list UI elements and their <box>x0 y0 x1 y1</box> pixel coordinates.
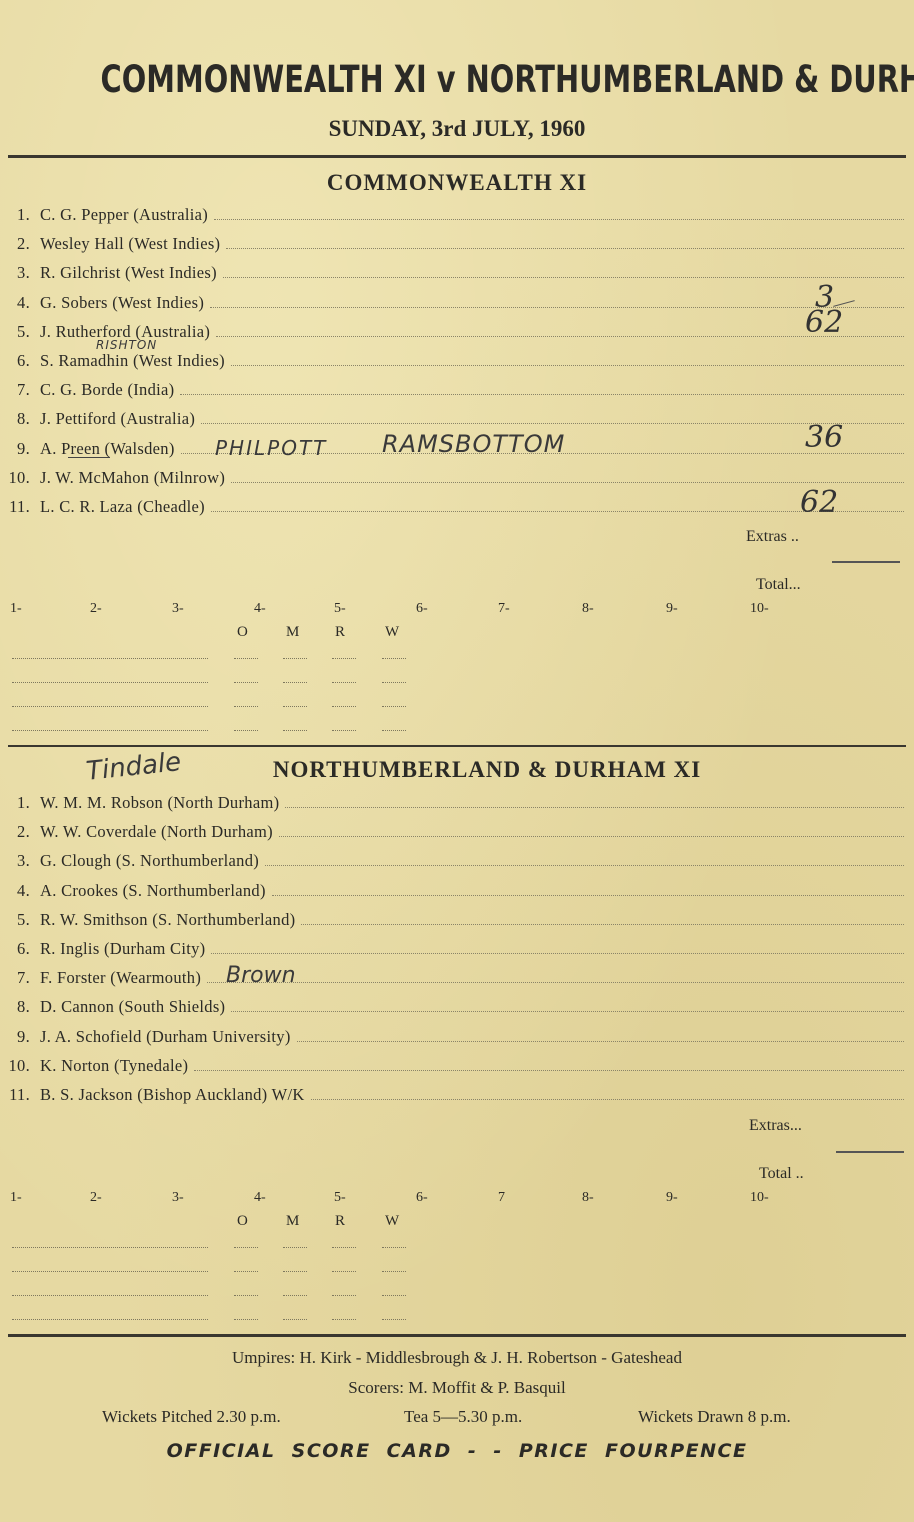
score-line <box>194 1070 904 1071</box>
player-row: 6.R. Inglis (Durham City) <box>0 939 904 968</box>
team1-total-label: Total... <box>756 576 801 594</box>
team1-extras-label: Extras .. <box>746 528 799 546</box>
bowling-figure-line <box>234 1271 258 1272</box>
fall-of-wicket-4: 4- <box>254 1190 266 1206</box>
fall-of-wicket-9: 9- <box>666 1190 678 1206</box>
player-row: 6.S. Ramadhin (West Indies) <box>0 351 904 380</box>
underline-preen <box>68 457 110 458</box>
player-row: 5.R. W. Smithson (S. Northumberland) <box>0 910 904 939</box>
player-row: 11.B. S. Jackson (Bishop Auckland) W/K <box>0 1085 904 1114</box>
player-row: 7.F. Forster (Wearmouth) <box>0 968 904 997</box>
player-name: C. G. Borde (India) <box>40 380 180 400</box>
player-row: 4.A. Crookes (S. Northumberland) <box>0 881 904 910</box>
fall-of-wicket-3: 3- <box>172 1190 184 1206</box>
score-rutherford: 62 <box>805 305 843 340</box>
player-row: 4.G. Sobers (West Indies) <box>0 293 904 322</box>
bowling-figure-line <box>283 1271 307 1272</box>
fall-of-wicket-2: 2- <box>90 601 102 617</box>
bowling-figure-line <box>382 682 406 683</box>
score-line <box>207 982 904 983</box>
fall-of-wicket-4: 4- <box>254 601 266 617</box>
batting-position: 2. <box>0 234 40 254</box>
bowling-header-m: M <box>286 1213 299 1230</box>
bowling-figure-line <box>332 706 356 707</box>
fall-of-wicket-10: 10- <box>750 601 769 617</box>
player-row: 2.W. W. Coverdale (North Durham) <box>0 822 904 851</box>
handwritten-ramsbottom: RAMSBOTTOM <box>382 430 565 458</box>
fall-of-wicket-1: 1- <box>10 601 22 617</box>
bowling-figure-line <box>234 1295 258 1296</box>
batting-position: 1. <box>0 793 40 813</box>
match-date: SUNDAY, 3rd JULY, 1960 <box>0 116 914 142</box>
player-name: R. W. Smithson (S. Northumberland) <box>40 910 301 930</box>
score-line <box>211 953 904 954</box>
team2-extras-rule <box>836 1151 904 1153</box>
player-name: W. M. M. Robson (North Durham) <box>40 793 285 813</box>
fall-of-wicket-1: 1- <box>10 1190 22 1206</box>
player-row: 1.W. M. M. Robson (North Durham) <box>0 793 904 822</box>
bowling-figure-line <box>332 658 356 659</box>
bowling-header-o: O <box>237 1213 248 1230</box>
bowling-figure-line <box>234 1247 258 1248</box>
player-name: J. Pettiford (Australia) <box>40 409 201 429</box>
player-row: 10.J. W. McMahon (Milnrow) <box>0 468 904 497</box>
bowling-figure-line <box>283 682 307 683</box>
bowling-figure-line <box>382 1319 406 1320</box>
batting-position: 4. <box>0 293 40 313</box>
batting-position: 4. <box>0 881 40 901</box>
score-line <box>180 394 904 395</box>
fall-of-wicket-3: 3- <box>172 601 184 617</box>
score-line <box>216 336 904 337</box>
bowler-name-line <box>12 730 208 731</box>
player-name: S. Ramadhin (West Indies) <box>40 351 231 371</box>
bowling-figure-line <box>332 1271 356 1272</box>
batting-position: 10. <box>0 468 40 488</box>
fall-of-wicket-6: 6- <box>416 601 428 617</box>
player-name: A. Crookes (S. Northumberland) <box>40 881 272 901</box>
batting-position: 11. <box>0 497 40 517</box>
player-row: 11.L. C. R. Laza (Cheadle) <box>0 497 904 526</box>
bowling-header-m: M <box>286 624 299 641</box>
player-row: 7.C. G. Borde (India) <box>0 380 904 409</box>
batting-position: 3. <box>0 851 40 871</box>
team2-total-label: Total .. <box>759 1165 804 1183</box>
player-name: W. W. Coverdale (North Durham) <box>40 822 279 842</box>
bowling-figure-line <box>382 1271 406 1272</box>
bowling-header-w: W <box>385 1213 399 1230</box>
score-line <box>279 836 904 837</box>
player-row: 3.R. Gilchrist (West Indies) <box>0 263 904 292</box>
score-line <box>301 924 904 925</box>
batting-position: 7. <box>0 968 40 988</box>
player-name: J. W. McMahon (Milnrow) <box>40 468 231 488</box>
bowling-figure-line <box>234 730 258 731</box>
score-line <box>311 1099 904 1100</box>
score-line <box>201 423 904 424</box>
fall-of-wicket-8: 8- <box>582 1190 594 1206</box>
team1-heading: COMMONWEALTH XI <box>0 170 914 196</box>
batting-position: 6. <box>0 939 40 959</box>
section-divider <box>8 745 906 747</box>
player-name: J. A. Schofield (Durham University) <box>40 1027 297 1047</box>
bowling-figure-line <box>283 1295 307 1296</box>
bowling-header-r: R <box>335 1213 345 1230</box>
player-row: 3.G. Clough (S. Northumberland) <box>0 851 904 880</box>
bowler-name-line <box>12 1271 208 1272</box>
player-name: G. Sobers (West Indies) <box>40 293 210 313</box>
header-divider <box>8 155 906 158</box>
bowling-figure-line <box>234 658 258 659</box>
wickets-pitched: Wickets Pitched 2.30 p.m. <box>102 1407 281 1427</box>
batting-position: 9. <box>0 1027 40 1047</box>
player-row: 1.C. G. Pepper (Australia) <box>0 205 904 234</box>
batting-position: 1. <box>0 205 40 225</box>
player-name: R. Inglis (Durham City) <box>40 939 211 959</box>
score-line <box>231 365 904 366</box>
player-row: 2.Wesley Hall (West Indies) <box>0 234 904 263</box>
player-name: Wesley Hall (West Indies) <box>40 234 226 254</box>
batting-position: 3. <box>0 263 40 283</box>
handwritten-rishton: RISHTON <box>96 338 157 352</box>
bowling-figure-line <box>332 1295 356 1296</box>
bowling-figure-line <box>382 706 406 707</box>
batting-position: 10. <box>0 1056 40 1076</box>
bowling-figure-line <box>283 730 307 731</box>
bowling-figure-line <box>382 1295 406 1296</box>
team1-extras-rule <box>832 561 900 563</box>
bowling-figure-line <box>234 1319 258 1320</box>
scorers: Scorers: M. Moffit & P. Basquil <box>0 1378 914 1398</box>
team2-extras-label: Extras... <box>749 1117 802 1135</box>
bowler-name-line <box>12 1295 208 1296</box>
batting-position: 8. <box>0 409 40 429</box>
fall-of-wicket-6: 6- <box>416 1190 428 1206</box>
batting-position: 5. <box>0 910 40 930</box>
batting-position: 2. <box>0 822 40 842</box>
batting-position: 8. <box>0 997 40 1017</box>
handwritten-philpott: PHILPOTT <box>215 436 327 460</box>
umpires: Umpires: H. Kirk - Middlesbrough & J. H.… <box>0 1348 914 1368</box>
bowler-name-line <box>12 658 208 659</box>
bowling-figure-line <box>332 682 356 683</box>
match-title: COMMONWEALTH XI v NORTHUMBERLAND & DURHA… <box>101 58 814 101</box>
fall-of-wicket-7: 7 <box>498 1190 505 1206</box>
official-score-card-label: OFFICIAL SCORE CARD - - PRICE FOURPENCE <box>0 1440 914 1462</box>
bowler-name-line <box>12 1247 208 1248</box>
bowling-figure-line <box>283 1319 307 1320</box>
fall-of-wicket-2: 2- <box>90 1190 102 1206</box>
fall-of-wicket-8: 8- <box>582 601 594 617</box>
wickets-drawn: Wickets Drawn 8 p.m. <box>638 1407 791 1427</box>
player-row: 10.K. Norton (Tynedale) <box>0 1056 904 1085</box>
bowling-figure-line <box>332 1319 356 1320</box>
score-line <box>265 865 904 866</box>
footer-divider <box>8 1334 906 1337</box>
bowling-figure-line <box>382 658 406 659</box>
player-name: D. Cannon (South Shields) <box>40 997 231 1017</box>
player-row: 8.D. Cannon (South Shields) <box>0 997 904 1026</box>
bowling-figure-line <box>283 658 307 659</box>
bowling-header-r: R <box>335 624 345 641</box>
bowling-figure-line <box>234 706 258 707</box>
score-line <box>297 1041 904 1042</box>
score-laza: 62 <box>800 485 838 520</box>
bowling-figure-line <box>382 730 406 731</box>
player-row: 9.J. A. Schofield (Durham University) <box>0 1027 904 1056</box>
score-line <box>210 307 904 308</box>
fall-of-wicket-7: 7- <box>498 601 510 617</box>
tea-time: Tea 5—5.30 p.m. <box>404 1407 522 1427</box>
batting-position: 5. <box>0 322 40 342</box>
batting-position: 6. <box>0 351 40 371</box>
score-line <box>223 277 904 278</box>
batting-position: 11. <box>0 1085 40 1105</box>
batting-position: 9. <box>0 439 40 459</box>
bowling-figure-line <box>283 1247 307 1248</box>
bowling-header-o: O <box>237 624 248 641</box>
fall-of-wicket-9: 9- <box>666 601 678 617</box>
fall-of-wicket-5: 5- <box>334 601 346 617</box>
bowling-figure-line <box>234 682 258 683</box>
bowling-figure-line <box>332 730 356 731</box>
bowler-name-line <box>12 706 208 707</box>
score-line <box>231 482 904 483</box>
bowling-figure-line <box>332 1247 356 1248</box>
bowling-header-w: W <box>385 624 399 641</box>
bowler-name-line <box>12 682 208 683</box>
score-line <box>285 807 904 808</box>
bowling-figure-line <box>382 1247 406 1248</box>
fall-of-wicket-10: 10- <box>750 1190 769 1206</box>
bowling-figure-line <box>283 706 307 707</box>
batting-position: 7. <box>0 380 40 400</box>
player-name: F. Forster (Wearmouth) <box>40 968 207 988</box>
score-line <box>231 1011 904 1012</box>
player-name: C. G. Pepper (Australia) <box>40 205 214 225</box>
player-name: G. Clough (S. Northumberland) <box>40 851 265 871</box>
score-line <box>272 895 904 896</box>
score-line <box>226 248 904 249</box>
player-name: L. C. R. Laza (Cheadle) <box>40 497 211 517</box>
bowler-name-line <box>12 1319 208 1320</box>
player-name: A. Preen (Walsden) <box>40 439 181 459</box>
player-name: K. Norton (Tynedale) <box>40 1056 194 1076</box>
score-line <box>214 219 904 220</box>
player-name: R. Gilchrist (West Indies) <box>40 263 223 283</box>
fall-of-wicket-5: 5- <box>334 1190 346 1206</box>
score-preen: 36 <box>805 420 843 455</box>
player-name: B. S. Jackson (Bishop Auckland) W/K <box>40 1085 311 1105</box>
handwritten-brown: Brown <box>226 963 296 988</box>
